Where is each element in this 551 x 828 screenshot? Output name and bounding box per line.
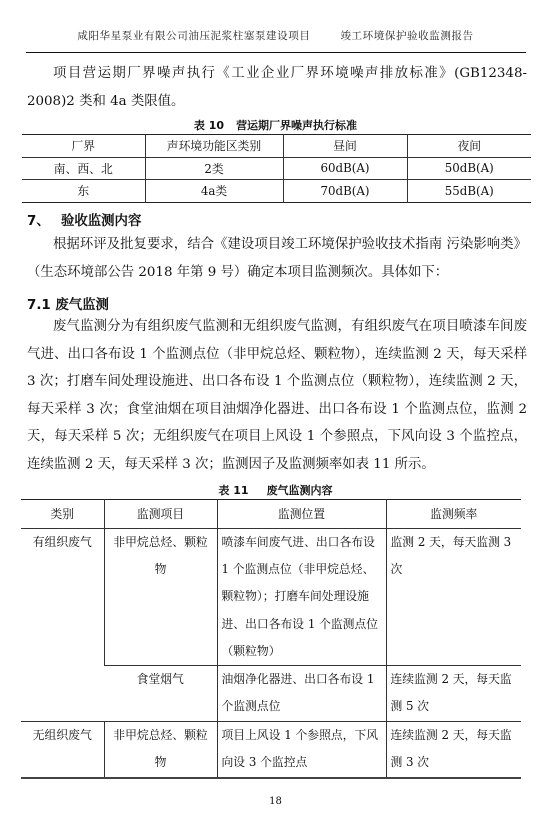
table-row: 无组织废气 非甲烷总烃、颗粒物 项目上风设 1 个参照点，下风向设 3 个监控点…: [21, 722, 521, 779]
section-7-1-paragraph: 废气监测分为有组织废气监测和无组织废气监测，有组织废气在项目喷漆车间废气进、出口…: [27, 313, 527, 478]
document-page: 咸阳华星泵业有限公司油压泥浆柱塞泵建设项目竣工环境保护验收监测报告 项目营运期厂…: [0, 0, 551, 828]
frequency-cell: 连续监测 2 天，每天监测 3 次: [386, 722, 521, 779]
item-cell: 非甲烷总烃、颗粒物: [104, 722, 217, 779]
table-cell: 东: [22, 180, 145, 203]
header-cell: 厂界: [22, 135, 145, 158]
table11-exhaust-monitoring: 类别 监测项目 监测位置 监测频率 有组织废气 非甲烷总烃、颗粒物 喷漆车间废气…: [21, 499, 521, 779]
location-cell: 喷漆车间废气进、出口各布设 1 个监测点位（非甲烷总烃、颗粒物）；打磨车间处理设…: [217, 529, 386, 666]
header-cell: 昼间: [283, 135, 407, 158]
table-row: 南、西、北 2类 60dB(A) 50dB(A): [22, 157, 531, 180]
table-cell: 2类: [145, 157, 283, 180]
item-cell: 食堂烟气: [104, 666, 217, 722]
section-7-paragraph: 根据环评及批复要求，结合《建设项目竣工环境保护验收技术指南 污染影响类》（生态环…: [27, 231, 527, 286]
header-project-title: 咸阳华星泵业有限公司油压泥浆柱塞泵建设项目: [77, 30, 310, 42]
header-cell: 监测项目: [104, 500, 217, 529]
header-cell: 监测位置: [217, 500, 386, 529]
table11-caption: 表 11废气监测内容: [0, 482, 551, 498]
header-divider: [26, 52, 526, 53]
section-number: 7、: [27, 210, 61, 229]
header-report-title: 竣工环境保护验收监测报告: [340, 30, 473, 42]
table-cell: 4a类: [145, 180, 283, 203]
location-cell: 油烟净化器进、出口各布设 1 个监测点位: [217, 666, 386, 722]
table-cell: 50dB(A): [407, 157, 531, 180]
intro-paragraph: 项目营运期厂界噪声执行《工业企业厂界环境噪声排放标准》(GB12348-2008…: [27, 60, 527, 115]
table10-noise-standards: 厂界 声环境功能区类别 昼间 夜间 南、西、北 2类 60dB(A) 50dB(…: [22, 134, 531, 203]
table-row: 有组织废气 非甲烷总烃、颗粒物 喷漆车间废气进、出口各布设 1 个监测点位（非甲…: [21, 529, 521, 666]
table-cell: 55dB(A): [407, 180, 531, 203]
header-cell: 监测频率: [386, 500, 521, 529]
table-row: 东 4a类 70dB(A) 55dB(A): [22, 180, 531, 203]
category-cell: 有组织废气: [21, 529, 104, 722]
table-cell: 南、西、北: [22, 157, 145, 180]
page-number: 18: [0, 796, 551, 807]
item-cell: 非甲烷总烃、颗粒物: [104, 529, 217, 666]
table11-caption-title: 废气监测内容: [267, 484, 333, 497]
section-title: 验收监测内容: [61, 214, 141, 229]
table-cell: 70dB(A): [283, 180, 407, 203]
table10-caption-title: 营运期厂界噪声执行标准: [236, 119, 357, 132]
page-header: 咸阳华星泵业有限公司油压泥浆柱塞泵建设项目竣工环境保护验收监测报告: [0, 28, 551, 43]
table10-caption-number: 表 10: [194, 119, 224, 132]
location-cell: 项目上风设 1 个参照点，下风向设 3 个监控点: [217, 722, 386, 779]
header-cell: 夜间: [407, 135, 531, 158]
section-7-1-heading: 7.1 废气监测: [27, 294, 109, 313]
frequency-cell: 连续监测 2 天，每天监测 5 次: [386, 666, 521, 722]
table-cell: 60dB(A): [283, 157, 407, 180]
header-cell: 类别: [21, 500, 104, 529]
category-cell: 无组织废气: [21, 722, 104, 779]
table-header-row: 厂界 声环境功能区类别 昼间 夜间: [22, 135, 531, 158]
section-7-heading: 7、验收监测内容: [27, 210, 141, 229]
frequency-cell: 监测 2 天，每天监测 3 次: [386, 529, 521, 666]
table10-caption: 表 10营运期厂界噪声执行标准: [0, 117, 551, 133]
table11-caption-number: 表 11: [218, 484, 248, 497]
header-cell: 声环境功能区类别: [145, 135, 283, 158]
table-header-row: 类别 监测项目 监测位置 监测频率: [21, 500, 521, 529]
